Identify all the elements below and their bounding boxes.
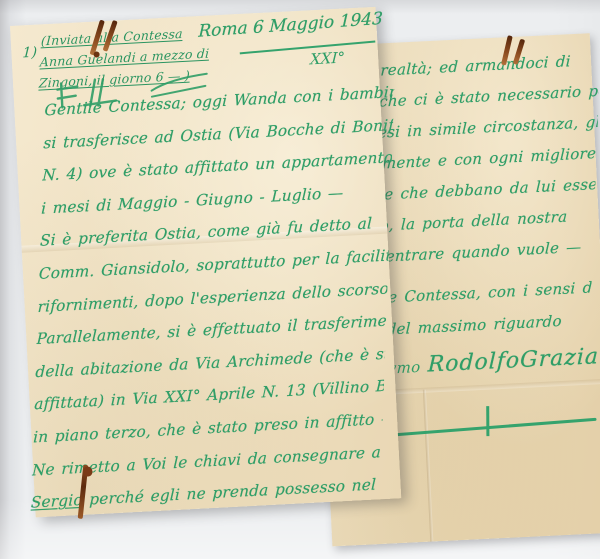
fold-crease <box>423 390 433 542</box>
annotation-number: 1) <box>22 43 38 65</box>
era-year: XXI° <box>310 48 346 68</box>
photo-of-letters: { "photo": { "background_color": "#eceef… <box>0 0 600 559</box>
dateline: Roma 6 Maggio 1943 <box>198 9 383 42</box>
letter-page-left: 1) (Inviata alla Contessa Anna Guelandi … <box>10 7 401 517</box>
dateline-underline <box>240 41 376 55</box>
underlined-name: Sergio <box>31 491 84 512</box>
right-page-text: realtà; ed armandoci di che ci è stato n… <box>368 45 600 388</box>
signature-name: RodolfoGraziani <box>427 343 600 378</box>
letter-body: Gentile Contessa; oggi Wanda con i bambi… <box>30 76 394 519</box>
